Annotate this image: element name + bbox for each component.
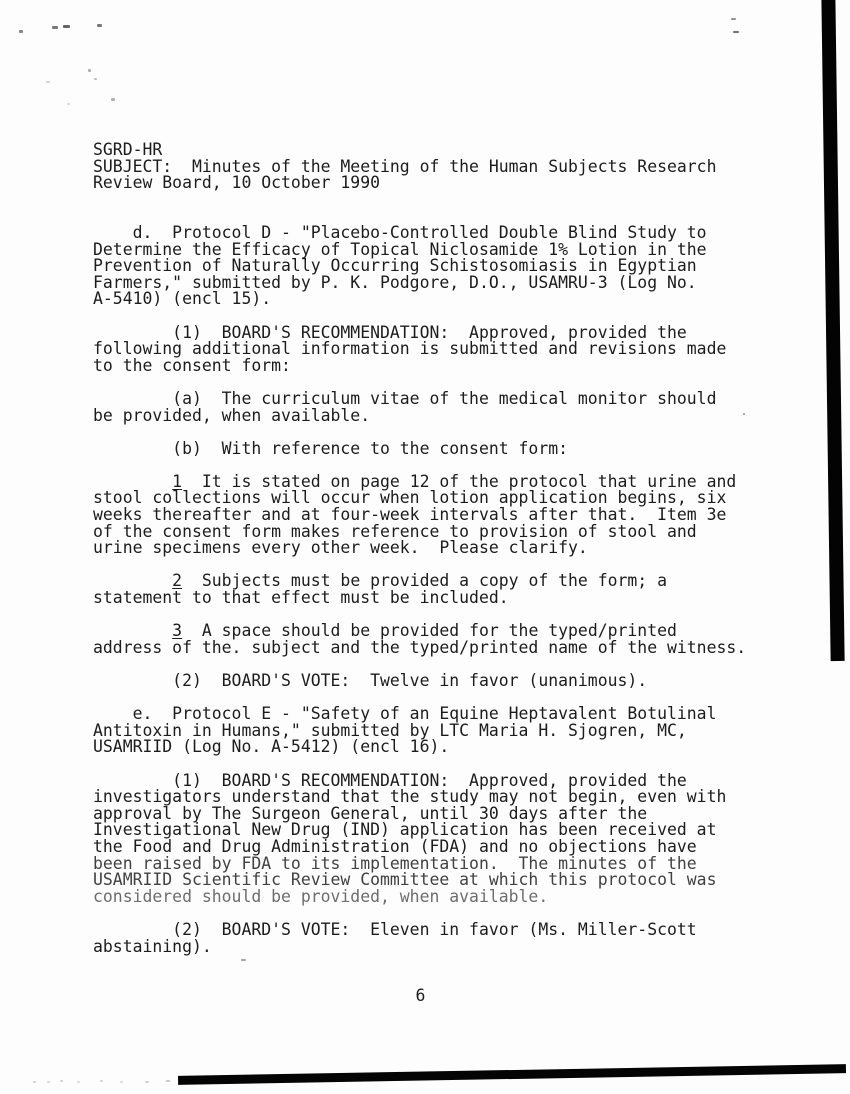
text-line: urine specimens every other week. Please…	[93, 540, 761, 557]
text-line: statement to that effect must be include…	[93, 590, 761, 607]
scan-speck	[111, 98, 115, 101]
paragraph: d. Protocol D - "Placebo-Controlled Doub…	[93, 225, 761, 308]
paragraph: e. Protocol E - "Safety of an Equine Hep…	[93, 706, 761, 756]
text-line: A-5410) (encl 15).	[93, 291, 761, 308]
scan-speck	[120, 1081, 123, 1083]
scan-speck	[97, 24, 102, 27]
text-line: to the consent form:	[93, 358, 761, 375]
memo-header: SGRD-HR SUBJECT: Minutes of the Meeting …	[93, 142, 761, 192]
document-body: SGRD-HR SUBJECT: Minutes of the Meeting …	[93, 142, 761, 1005]
scan-speck	[88, 69, 91, 72]
scan-speck	[60, 1080, 63, 1082]
scan-speck	[77, 1081, 80, 1083]
scan-speck	[94, 78, 97, 80]
text-line: (a) The curriculum vitae of the medical …	[93, 391, 761, 408]
scan-speck	[67, 103, 70, 105]
text-line: address of the. subject and the typed/pr…	[93, 640, 761, 657]
subject-line-2: Review Board, 10 October 1990	[93, 175, 761, 192]
text-line: abstaining).	[93, 939, 761, 956]
scan-speck	[52, 26, 58, 29]
paragraphs-container: d. Protocol D - "Placebo-Controlled Doub…	[93, 225, 761, 955]
scan-speck	[33, 1081, 36, 1083]
scan-speck	[731, 18, 736, 20]
page-number: 6	[93, 988, 748, 1005]
paragraph: 1 It is stated on page 12 of the protoco…	[93, 474, 761, 557]
scan-bar-bottom	[178, 1064, 846, 1085]
paragraph: (1) BOARD'S RECOMMENDATION: Approved, pr…	[93, 325, 761, 375]
scan-speck	[166, 1080, 170, 1082]
scan-speck	[19, 30, 23, 33]
paragraph: (1) BOARD'S RECOMMENDATION: Approved, pr…	[93, 773, 761, 906]
paragraph: (b) With reference to the consent form:	[93, 441, 761, 458]
binding-bar-right	[821, 0, 844, 661]
scan-speck	[145, 1081, 149, 1083]
scan-speck	[733, 31, 739, 33]
scanned-memo-page: SGRD-HR SUBJECT: Minutes of the Meeting …	[0, 0, 850, 1094]
scan-speck	[63, 25, 70, 28]
scan-speck	[100, 1080, 103, 1082]
paragraph: (2) BOARD'S VOTE: Eleven in favor (Ms. M…	[93, 922, 761, 955]
text-line: considered should be provided, when avai…	[93, 889, 761, 906]
text-line: USAMRIID (Log No. A-5412) (encl 16).	[93, 739, 761, 756]
scan-speck	[46, 81, 50, 83]
paragraph: 2 Subjects must be provided a copy of th…	[93, 573, 761, 606]
text-line: (b) With reference to the consent form:	[93, 441, 761, 458]
text-line: be provided, when available.	[93, 408, 761, 425]
paragraph: (a) The curriculum vitae of the medical …	[93, 391, 761, 424]
paragraph: 3 A space should be provided for the typ…	[93, 623, 761, 656]
text-line: (2) BOARD'S VOTE: Twelve in favor (unani…	[93, 673, 761, 690]
text-line: (2) BOARD'S VOTE: Eleven in favor (Ms. M…	[93, 922, 761, 939]
scan-speck	[47, 1081, 50, 1083]
paragraph: (2) BOARD'S VOTE: Twelve in favor (unani…	[93, 673, 761, 690]
